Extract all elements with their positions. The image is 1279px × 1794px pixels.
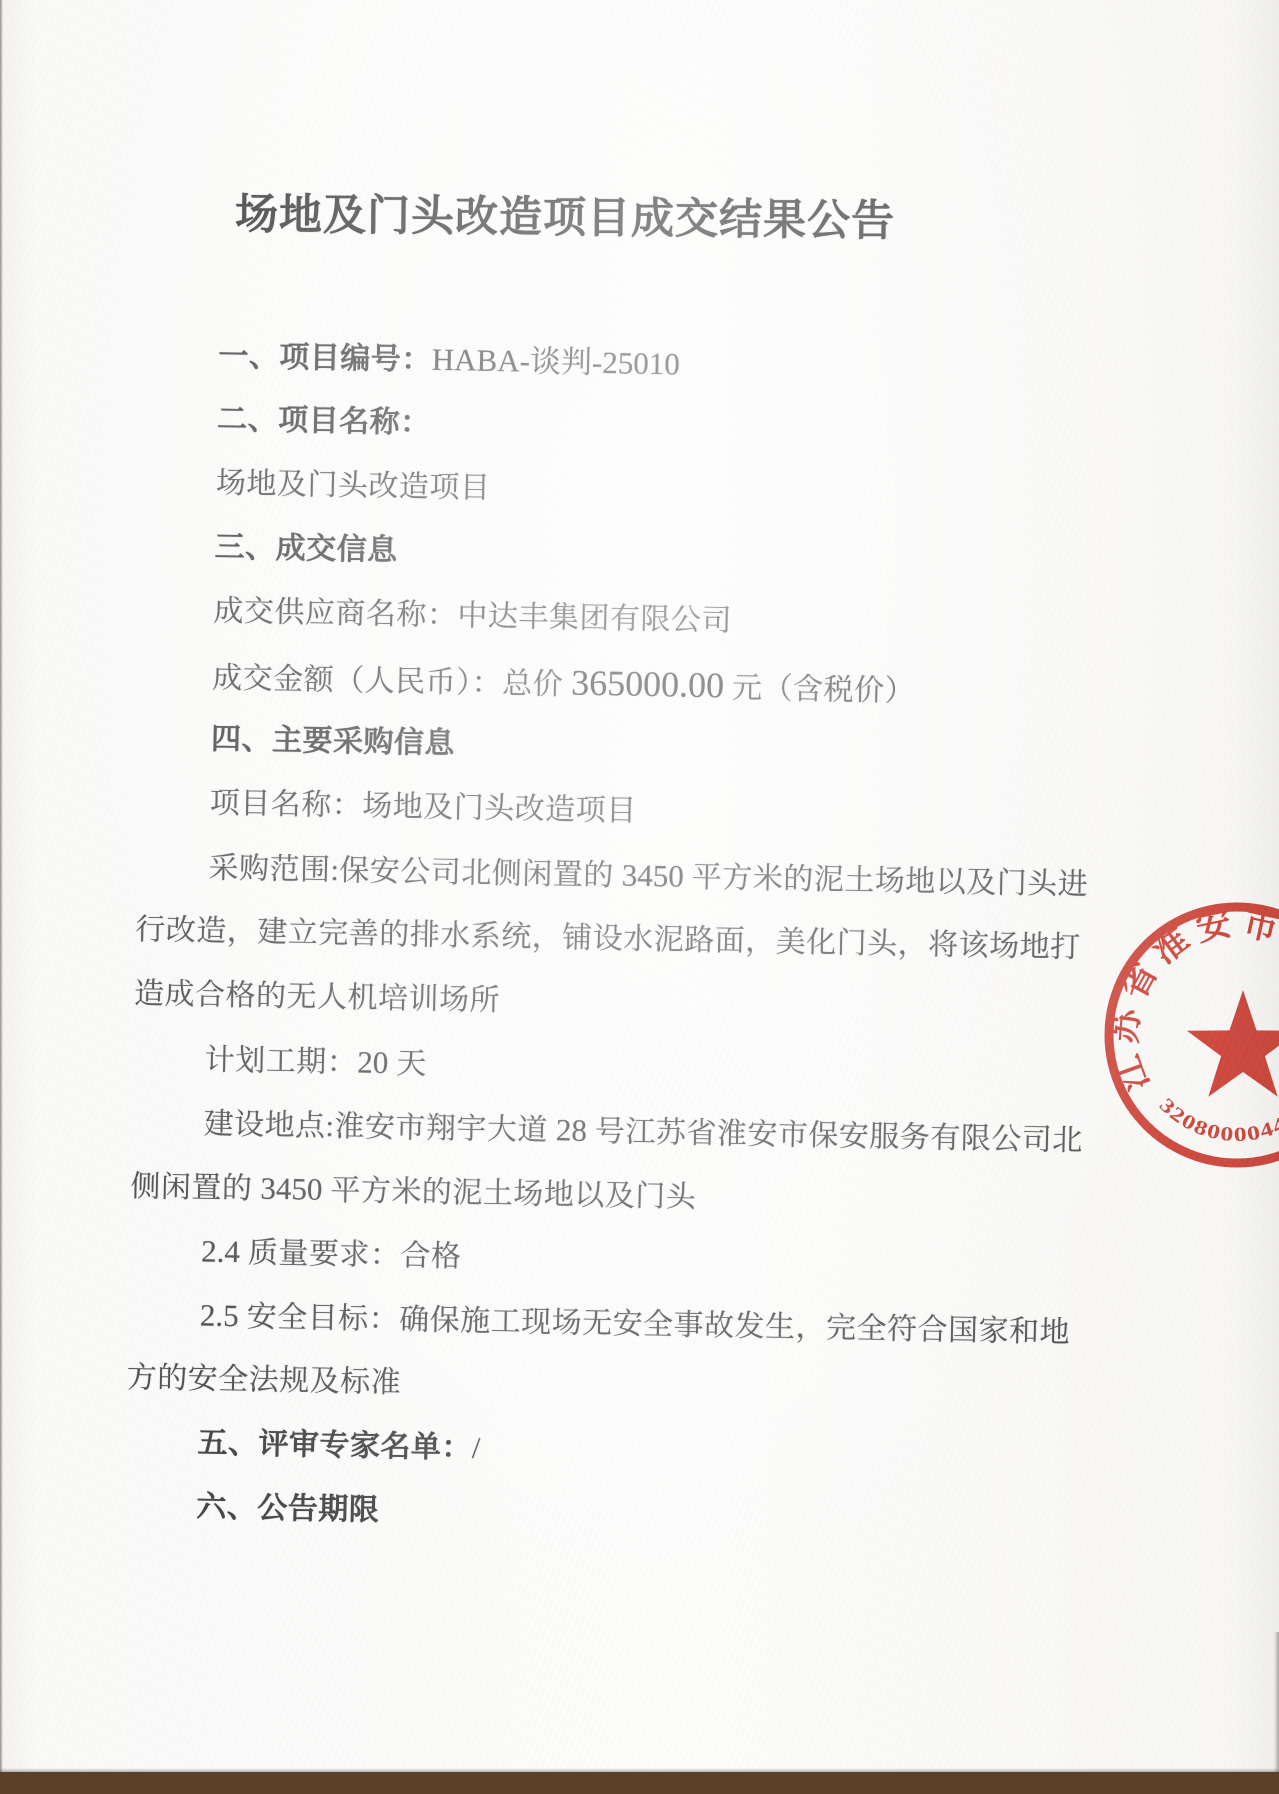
text-segment: 采购范围:保安公司北侧闲置的 <box>208 852 622 893</box>
desk-surface <box>0 1772 1279 1794</box>
text-segment: 二、项目名称： <box>217 403 431 440</box>
text-segment: 成交供应商名称：中达丰集团有限公司 <box>213 595 732 638</box>
paper-edge-left <box>0 0 3 1772</box>
text-segment: 质量要求：合格 <box>240 1236 462 1273</box>
text-segment: 计划工期： <box>205 1044 358 1080</box>
text-segment: 3450 <box>260 1171 323 1207</box>
seal-star-icon <box>1187 990 1279 1097</box>
text-segment: / <box>472 1432 481 1465</box>
text-segment: 平方米的泥土场地以及门头进 <box>683 861 1088 902</box>
text-segment: 2.4 <box>201 1233 240 1269</box>
text-segment: 平方米的泥土场地以及门头 <box>322 1174 697 1214</box>
text-segment: 四、主要采购信息 <box>211 723 456 761</box>
text-segment: 天 <box>388 1047 427 1081</box>
document-body: 一、项目编号：HABA-谈判-25010二、项目名称：场地及门头改造项目三、成交… <box>124 322 1187 1558</box>
document-title: 场地及门头改造项目成交结果公告 <box>150 187 981 250</box>
document-page: 场地及门头改造项目成交结果公告 一、项目编号：HABA-谈判-25010二、项目… <box>0 0 1279 1772</box>
text-segment: 六、公告期限 <box>196 1490 380 1527</box>
text-segment: 五、评审专家名单： <box>197 1426 472 1464</box>
text-segment: 三、成交信息 <box>214 531 398 568</box>
text-segment: 造成合格的无人机培训场所 <box>134 977 501 1017</box>
paper-edge-right <box>1274 1632 1279 1772</box>
text-segment: 方的安全法规及标准 <box>126 1361 401 1399</box>
company-seal-stamp: 江苏省淮安市保安服务 3208000044444 <box>1037 835 1279 1235</box>
text-segment: 20 <box>357 1044 389 1080</box>
text-segment: HABA-谈判-25010 <box>432 342 681 382</box>
scanned-document-photo: { "document": { "title": "场地及门头改造项目成交结果公… <box>0 0 1279 1794</box>
text-segment: 3450 <box>622 857 685 893</box>
seal-code-text: 3208000044444 <box>1155 1089 1279 1146</box>
text-segment: 项目名称：场地及门头改造项目 <box>209 787 637 828</box>
text-segment: 2.5 <box>200 1297 239 1333</box>
text-segment: 场地及门头改造项目 <box>216 467 491 505</box>
text-segment: 成交金额（人民币）：总价 <box>212 662 572 702</box>
text-segment: 行改造，建立完善的排水系统，铺设水泥路面，美化门头，将该场地打 <box>135 913 1081 964</box>
text-segment: 元（含税价） <box>724 671 916 708</box>
text-segment: 一、项目编号： <box>218 340 432 377</box>
text-segment: 365000.00 <box>571 662 725 705</box>
text-segment: 侧闲置的 <box>130 1170 261 1205</box>
text-segment: 安全目标：确保施工现场无安全事故发生，完全符合国家和地 <box>238 1300 1070 1349</box>
text-segment: 号江苏省淮安市保安服务有限公司北 <box>587 1115 1084 1158</box>
text-segment: 建设地点:淮安市翔宇大道 <box>203 1108 556 1148</box>
text-segment: 28 <box>556 1112 588 1148</box>
svg-text:3208000044444: 3208000044444 <box>1155 1089 1279 1146</box>
